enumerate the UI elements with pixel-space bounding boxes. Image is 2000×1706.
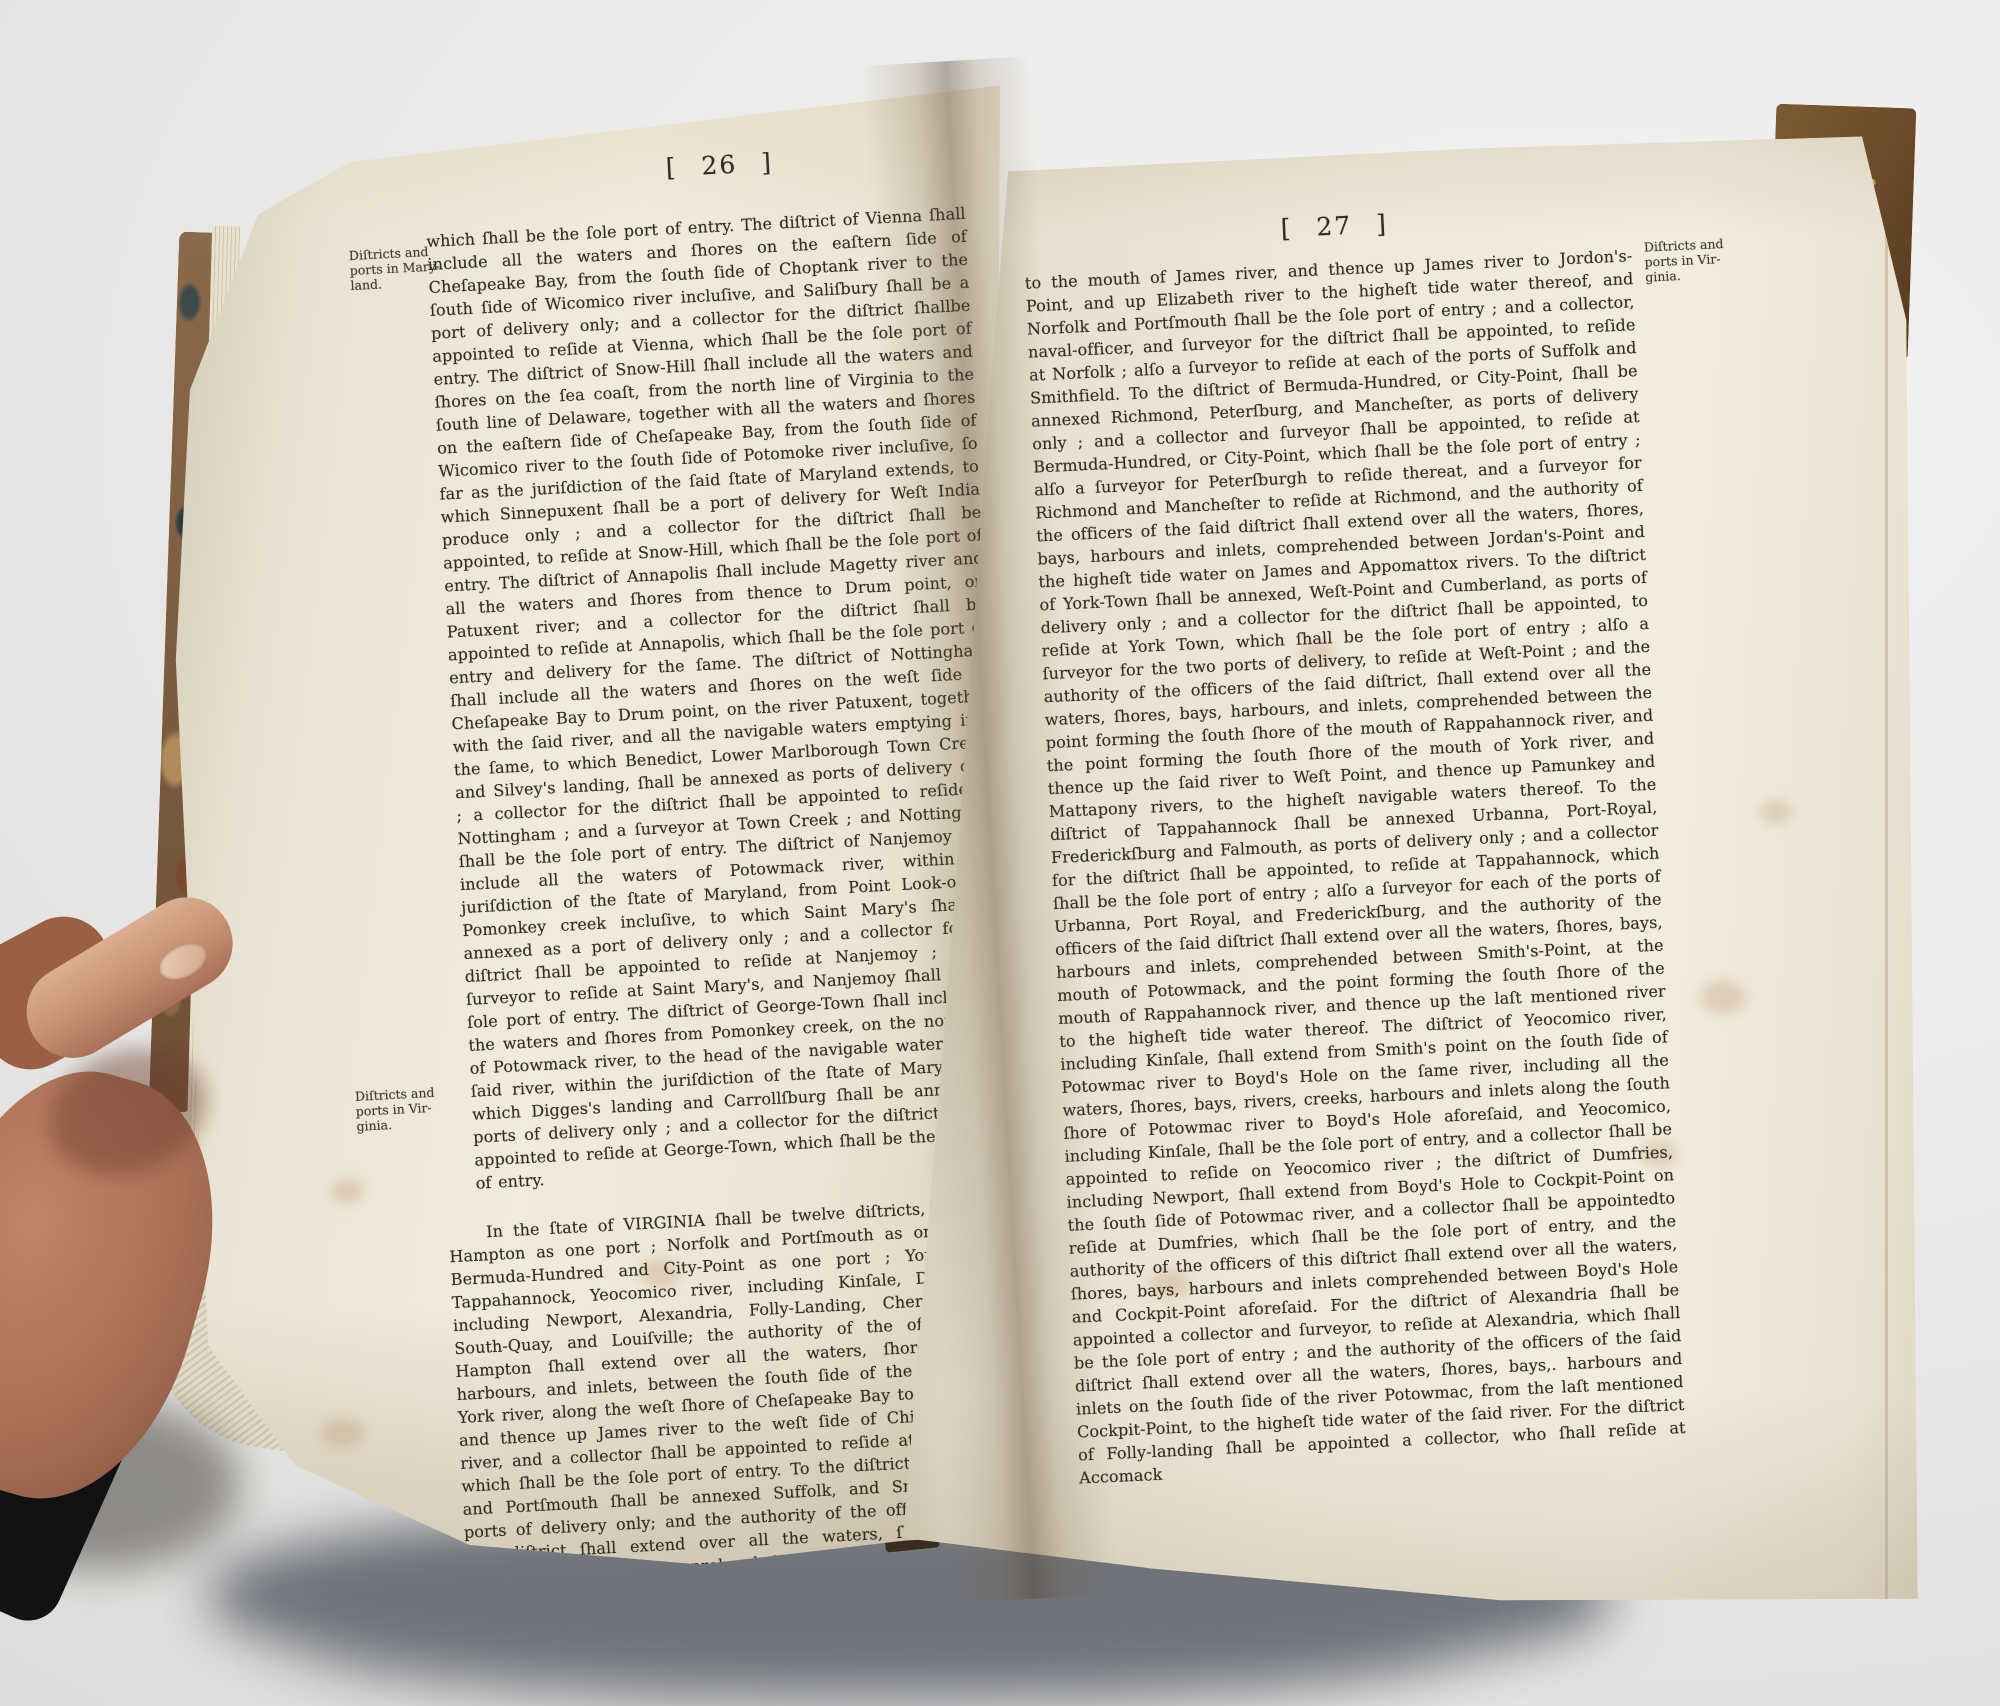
foxing-spot xyxy=(1700,980,1746,1014)
foxing-spot xyxy=(1760,800,1792,824)
fore-edge-line xyxy=(1885,160,1888,1620)
page-number-left: [ 26 ] xyxy=(665,148,774,183)
book-photo: [ 26 ] Diſtricts and ports in Mary- land… xyxy=(0,0,2000,1706)
page-number-right: [ 27 ] xyxy=(1280,209,1388,243)
foxing-spot xyxy=(320,1418,364,1448)
right-page-text-area: [ 27 ] Diſtricts and ports in Vir- ginia… xyxy=(1022,198,1629,226)
body-text-virginia-continued: to the mouth of James river, and thence … xyxy=(1024,244,1687,1489)
margin-note-virginia-left: Diſtricts and ports in Vir- ginia. xyxy=(355,1084,457,1134)
foxing-spot xyxy=(330,1178,364,1204)
book-shadow-soft xyxy=(300,1560,1450,1700)
margin-note-virginia-right: Diſtricts and ports in Vir- ginia. xyxy=(1644,235,1746,284)
